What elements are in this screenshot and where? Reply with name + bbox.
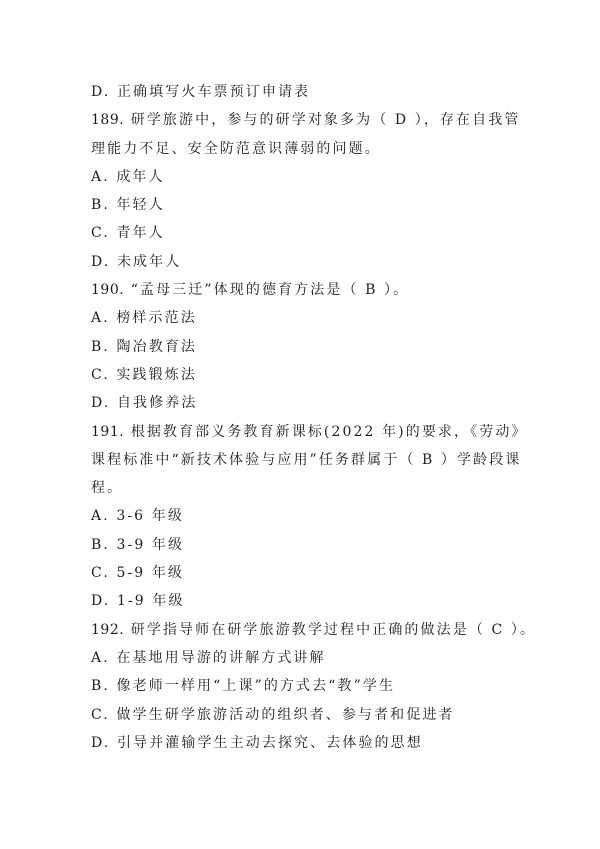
option-text: 引导并灌输学生主动去探究、去体验的思想 [117, 735, 423, 751]
option-label: C. [91, 367, 110, 383]
option-text: 3-9 年级 [117, 537, 185, 553]
option-a: A. 在基地用导游的讲解方式讲解 [91, 644, 509, 672]
option-text: 实践锻炼法 [116, 367, 197, 383]
option-text: 青年人 [116, 225, 164, 241]
option-text: 正确填写火车票预订申请表 [117, 84, 310, 100]
option-a: A. 成年人 [91, 163, 509, 191]
question-stem-text: 研学旅游中，参与的研学对象多为（ D ），存在自我管 [131, 112, 521, 128]
option-text: 陶冶教育法 [117, 339, 198, 355]
option-b: B. 3-9 年级 [91, 531, 509, 559]
option-text: 在基地用导游的讲解方式讲解 [116, 650, 325, 666]
question-191: 191. 根据教育部义务教育新课标(2022 年)的要求，《劳动》 课程标准中“… [91, 418, 509, 616]
question-number: 189. [91, 112, 124, 128]
option-text: 像老师一样用“上课”的方式去“教”学生 [117, 678, 396, 694]
option-c: C. 5-9 年级 [91, 559, 509, 587]
option-label: C. [91, 225, 110, 241]
option-d: D. 自我修养法 [91, 389, 509, 417]
option-label: B. [91, 339, 110, 355]
question-stem-text: 研学指导师在研学旅游教学过程中正确的做法是（ C ）。 [131, 622, 536, 638]
option-b: B. 年轻人 [91, 191, 509, 219]
option-label: D. [91, 735, 110, 751]
option-text: 未成年人 [117, 254, 181, 270]
option-text: 1-9 年级 [117, 593, 185, 609]
question-stem-line: 理能力不足、安全防范意识薄弱的问题。 [91, 135, 509, 163]
leading-option: D. 正确填写火车票预订申请表 [91, 78, 509, 106]
option-d: D. 1-9 年级 [91, 587, 509, 615]
option-text: 榜样示范法 [116, 310, 197, 326]
option-c: C. 做学生研学旅游活动的组织者、参与者和促进者 [91, 701, 509, 729]
question-stem-line: 程。 [91, 474, 509, 502]
option-label: A. [91, 310, 110, 326]
question-number: 191. [91, 424, 124, 440]
question-stem-text: 根据教育部义务教育新课标(2022 年)的要求，《劳动》 [131, 424, 528, 440]
option-a: A. 榜样示范法 [91, 304, 509, 332]
option-label: D. [91, 84, 110, 100]
option-d: D. 未成年人 [91, 248, 509, 276]
option-text: 5-9 年级 [116, 565, 184, 581]
option-text: 3-6 年级 [116, 508, 184, 524]
question-stem-line: 191. 根据教育部义务教育新课标(2022 年)的要求，《劳动》 [91, 418, 509, 446]
option-label: B. [91, 197, 110, 213]
option-b: B. 陶冶教育法 [91, 333, 509, 361]
option-d: D. 引导并灌输学生主动去探究、去体验的思想 [91, 729, 509, 757]
option-label: D. [91, 593, 110, 609]
option-label: C. [91, 565, 110, 581]
option-text: 做学生研学旅游活动的组织者、参与者和促进者 [116, 707, 454, 723]
question-stem-line: 192. 研学指导师在研学旅游教学过程中正确的做法是（ C ）。 [91, 616, 509, 644]
option-text: 成年人 [116, 169, 164, 185]
question-number: 190. [91, 282, 124, 298]
document-page: D. 正确填写火车票预订申请表 189. 研学旅游中，参与的研学对象多为（ D … [91, 78, 509, 757]
option-label: A. [91, 508, 110, 524]
question-stem-text: “孟母三迁”体现的德育方法是（ B ）。 [131, 282, 410, 298]
option-b: B. 像老师一样用“上课”的方式去“教”学生 [91, 672, 509, 700]
question-number: 192. [91, 622, 124, 638]
option-text: 自我修养法 [117, 395, 198, 411]
option-label: B. [91, 678, 110, 694]
question-stem-line: 189. 研学旅游中，参与的研学对象多为（ D ），存在自我管 [91, 106, 509, 134]
option-label: A. [91, 650, 110, 666]
option-a: A. 3-6 年级 [91, 502, 509, 530]
option-text: 年轻人 [117, 197, 165, 213]
question-stem-line: 190. “孟母三迁”体现的德育方法是（ B ）。 [91, 276, 509, 304]
question-stem-line: 课程标准中“新技术体验与应用”任务群属于（ B ）学龄段课 [91, 446, 509, 474]
option-label: D. [91, 395, 110, 411]
option-label: C. [91, 707, 110, 723]
option-label: B. [91, 537, 110, 553]
option-c: C. 青年人 [91, 219, 509, 247]
question-190: 190. “孟母三迁”体现的德育方法是（ B ）。 A. 榜样示范法 B. 陶冶… [91, 276, 509, 417]
question-192: 192. 研学指导师在研学旅游教学过程中正确的做法是（ C ）。 A. 在基地用… [91, 616, 509, 757]
option-c: C. 实践锻炼法 [91, 361, 509, 389]
option-label: A. [91, 169, 110, 185]
option-label: D. [91, 254, 110, 270]
question-189: 189. 研学旅游中，参与的研学对象多为（ D ），存在自我管 理能力不足、安全… [91, 106, 509, 276]
